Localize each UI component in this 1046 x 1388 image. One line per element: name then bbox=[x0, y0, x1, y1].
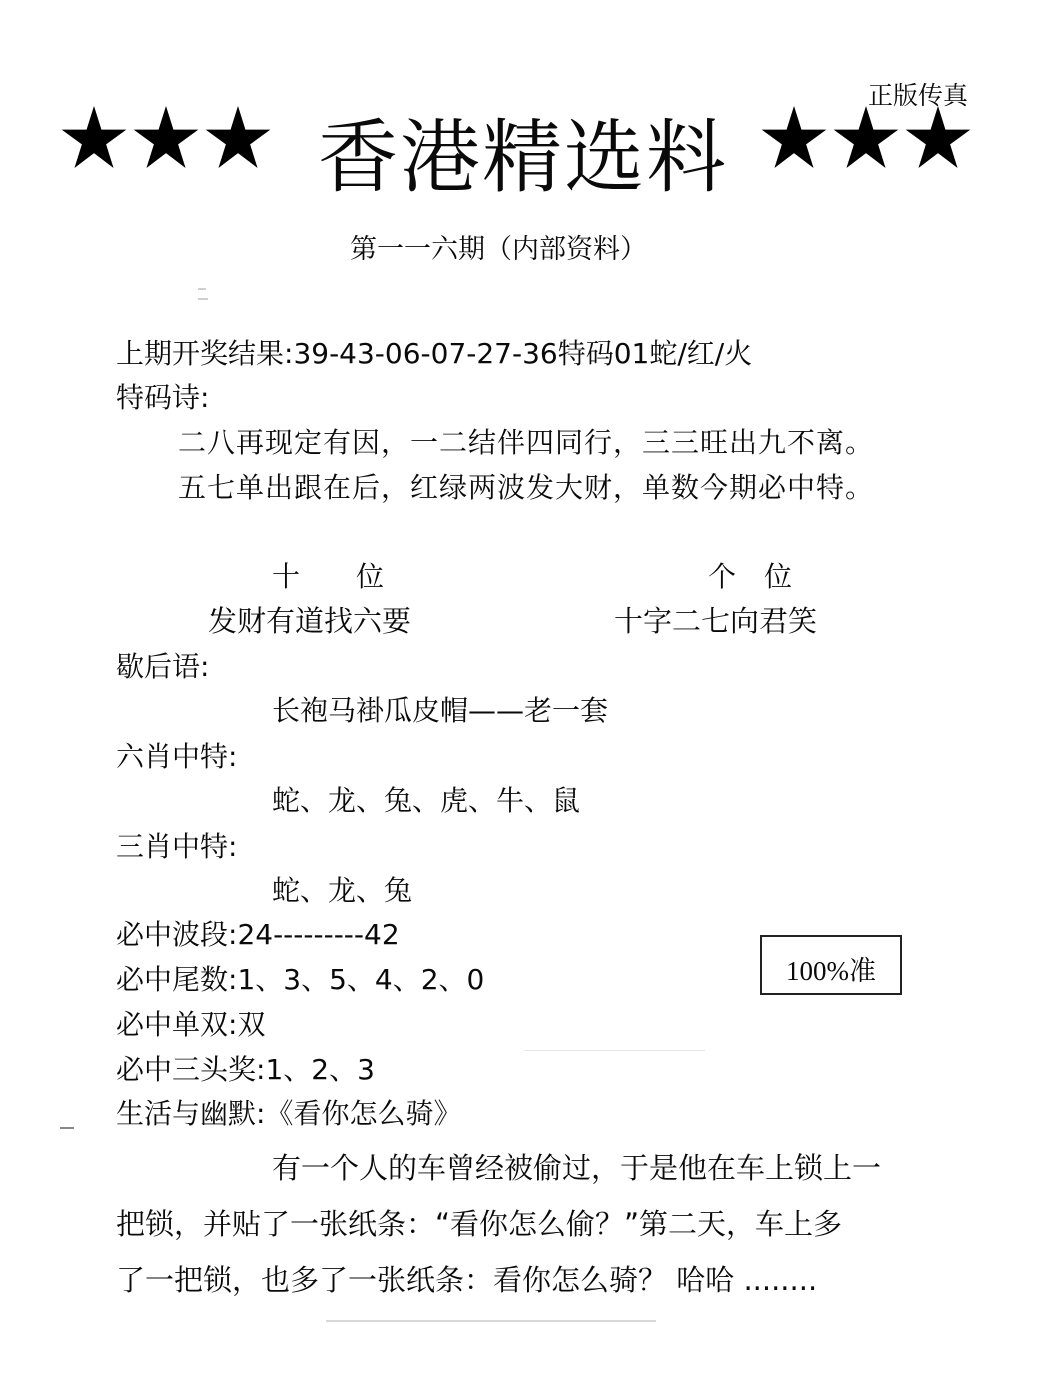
tail-numbers-value: 1、3、5、4、2、0 bbox=[237, 963, 484, 997]
humor-line: 生活与幽默:《看你怎么骑》 bbox=[116, 1097, 461, 1131]
scan-artifact bbox=[198, 288, 206, 290]
story-line-3: 了一把锁，也多了一张纸条：看你怎么骑？ 哈哈 ........ bbox=[116, 1252, 916, 1308]
top-three-line: 必中三头奖:1、2、3 bbox=[116, 1053, 375, 1087]
six-zodiac-text: 蛇、龙、兔、虎、牛、鼠 bbox=[272, 784, 580, 818]
wave-range-label: 必中波段: bbox=[116, 918, 237, 952]
three-zodiac-label: 三肖中特: bbox=[116, 830, 237, 864]
accuracy-badge: 100%准 bbox=[760, 935, 902, 995]
issue-number: 第一一六期（内部资料） bbox=[350, 232, 647, 268]
top-three-label: 必中三头奖: bbox=[116, 1053, 265, 1087]
poem-line-2: 五七单出跟在后，红绿两波发大财，单数今期必中特。 bbox=[178, 471, 874, 505]
star-icon bbox=[760, 106, 828, 170]
odd-even-value: 双 bbox=[237, 1008, 265, 1042]
scan-artifact bbox=[198, 298, 208, 300]
odd-even-label: 必中单双: bbox=[116, 1008, 237, 1042]
story-line-1: 有一个人的车曾经被偷过，于是他在车上锁上一 bbox=[116, 1140, 916, 1196]
stars-left bbox=[60, 106, 276, 170]
wave-range-line: 必中波段:24---------42 bbox=[116, 918, 400, 952]
scan-artifact bbox=[60, 1127, 74, 1129]
stars-right bbox=[760, 106, 976, 170]
poem-line-1: 二八再现定有因，一二结伴四同行，三三旺出九不离。 bbox=[178, 426, 874, 460]
humor-label: 生活与幽默: bbox=[116, 1097, 265, 1131]
page-title: 香港精选料 bbox=[318, 112, 728, 204]
wave-range-value: 24---------42 bbox=[237, 918, 399, 952]
last-result-line: 上期开奖结果:39-43-06-07-27-36特码01蛇/红/火 bbox=[116, 337, 752, 371]
xiehouyu-text: 长袍马褂瓜皮帽——老一套 bbox=[272, 694, 608, 728]
tens-hint: 发财有道找六要 bbox=[208, 604, 411, 638]
scan-artifact bbox=[525, 1050, 705, 1051]
last-result-value: 39-43-06-07-27-36特码01蛇/红/火 bbox=[293, 337, 752, 371]
tail-numbers-label: 必中尾数: bbox=[116, 963, 237, 997]
tail-numbers-line: 必中尾数:1、3、5、4、2、0 bbox=[116, 963, 484, 997]
tens-heading: 十 位 bbox=[272, 560, 384, 594]
scan-artifact bbox=[326, 1320, 656, 1322]
humor-title: 《看你怎么骑》 bbox=[265, 1097, 461, 1131]
poem-label: 特码诗: bbox=[116, 381, 209, 415]
three-zodiac-text: 蛇、龙、兔 bbox=[272, 874, 412, 908]
last-result-label: 上期开奖结果: bbox=[116, 337, 293, 371]
odd-even-line: 必中单双:双 bbox=[116, 1008, 265, 1042]
star-icon bbox=[60, 106, 128, 170]
star-icon bbox=[204, 106, 272, 170]
star-icon bbox=[904, 106, 972, 170]
top-three-value: 1、2、3 bbox=[265, 1053, 374, 1087]
star-icon bbox=[132, 106, 200, 170]
ones-hint: 十字二七向君笑 bbox=[614, 604, 817, 638]
story-line-2: 把锁，并贴了一张纸条：“看你怎么偷？”第二天，车上多 bbox=[116, 1196, 916, 1252]
star-icon bbox=[832, 106, 900, 170]
xiehouyu-label: 歇后语: bbox=[116, 650, 209, 684]
humor-story: 有一个人的车曾经被偷过，于是他在车上锁上一 把锁，并贴了一张纸条：“看你怎么偷？… bbox=[116, 1140, 916, 1308]
ones-heading: 个 位 bbox=[708, 560, 792, 594]
six-zodiac-label: 六肖中特: bbox=[116, 740, 237, 774]
